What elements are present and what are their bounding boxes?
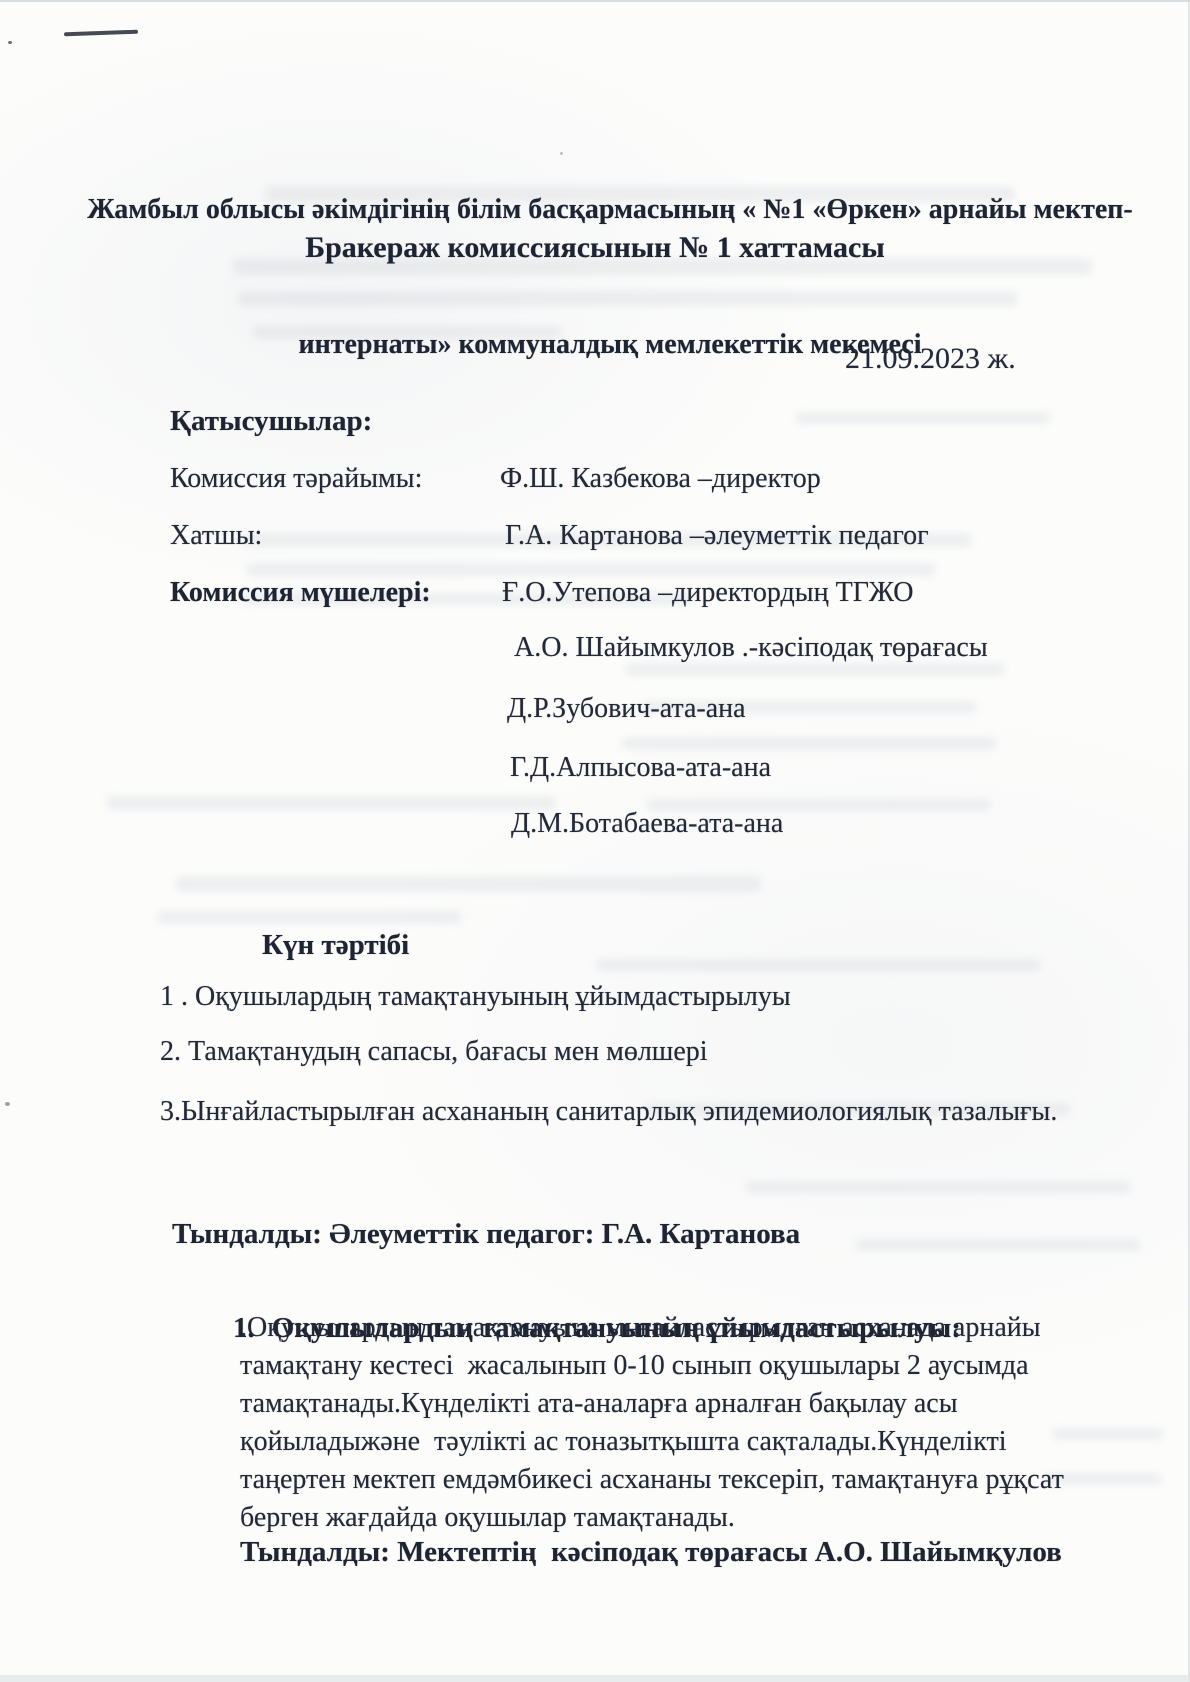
heard-heading-2: Тындалды: Мектептің кәсіподақ төрағасы А… (240, 1535, 1062, 1569)
scan-bottom-edge (0, 1675, 1190, 1682)
role-row-members: Комиссия мүшелері: Ғ.О.Утепова –директор… (170, 576, 1120, 612)
bleed-through-smudge (596, 959, 1041, 971)
bleed-through-smudge (157, 911, 462, 924)
body-line: берген жағдайда оқушылар тамақтанады. (240, 1501, 735, 1535)
body-line: тамақтанады.Күнделікті ата-аналарға арна… (240, 1387, 958, 1421)
agenda-heading: Күн тәртібі (262, 928, 409, 962)
organization-name-line-1: Жамбыл облысы әкімдігінің білім басқарма… (15, 187, 1190, 232)
body-line: таңертен мектеп емдәмбикесі асхананы тек… (240, 1463, 1064, 1497)
member-item: Д.Р.Зубович-ата-ана (507, 692, 746, 726)
bleed-through-smudge (1052, 1428, 1164, 1440)
role-label-secretary: Хатшы: (170, 519, 262, 553)
body-line: .Оқушылардың тамақтануына ынғайластырылғ… (240, 1311, 1041, 1345)
scan-top-edge (0, 0, 1190, 2)
body-line: тамақтану кестесі жасалынып 0-10 сынып о… (240, 1349, 1029, 1383)
body-line: қойыладыжәне тәулікті ас тоназытқышта са… (240, 1425, 1007, 1459)
member-item: Г.Д.Алпысова-ата-ана (510, 751, 771, 785)
agenda-item: 1 . Оқушылардың тамақтануының ұйымдастыр… (160, 980, 791, 1014)
agenda-item: 3.Ынғайластырылған асхананың санитарлық … (160, 1095, 1057, 1129)
agenda-item: 2. Тамақтанудың сапасы, бағасы мен мөлше… (160, 1035, 708, 1069)
organization-name: Жамбыл облысы әкімдігінің білім басқарма… (15, 97, 1190, 457)
bleed-through-smudge (106, 796, 556, 810)
document-title: Бракераж комиссиясынын № 1 хаттамасы (0, 231, 1190, 265)
dust-speck (5, 1102, 10, 1106)
role-row-chair: Комиссия тәрайымы: Ф.Ш. Казбекова –дирек… (170, 462, 1120, 498)
member-item: Д.М.Ботабаева-ата-ана (511, 807, 783, 841)
member-item: А.О. Шайымкулов .-кәсіподақ төрағасы (514, 631, 988, 665)
bleed-through-smudge (746, 1181, 1131, 1193)
bleed-through-smudge (246, 563, 936, 576)
role-value-members: Ғ.О.Утепова –директордың ТГЖО (502, 576, 914, 610)
document-date: 21.09.2023 ж. (845, 342, 1016, 376)
scanned-document-page: Жамбыл облысы әкімдігінің білім басқарма… (0, 0, 1190, 1682)
bleed-through-smudge (176, 876, 761, 892)
role-label-chair: Комиссия тәрайымы: (170, 462, 422, 496)
pen-mark-artifact (64, 30, 138, 37)
role-row-secretary: Хатшы: Г.А. Картанова –әлеуметтік педаго… (170, 519, 1120, 555)
bleed-through-smudge (622, 737, 997, 750)
role-value-secretary: Г.А. Картанова –әлеуметтік педагог (505, 519, 929, 553)
dust-speck (8, 41, 12, 44)
heard-heading-1: Тындалды: Әлеуметтік педагог: Г.А. Карта… (172, 1217, 800, 1251)
role-value-chair: Ф.Ш. Казбекова –директор (500, 462, 821, 496)
bleed-through-smudge (856, 1239, 1141, 1251)
role-label-members: Комиссия мүшелері: (170, 576, 431, 610)
participants-heading: Қатысушылар: (170, 404, 372, 438)
